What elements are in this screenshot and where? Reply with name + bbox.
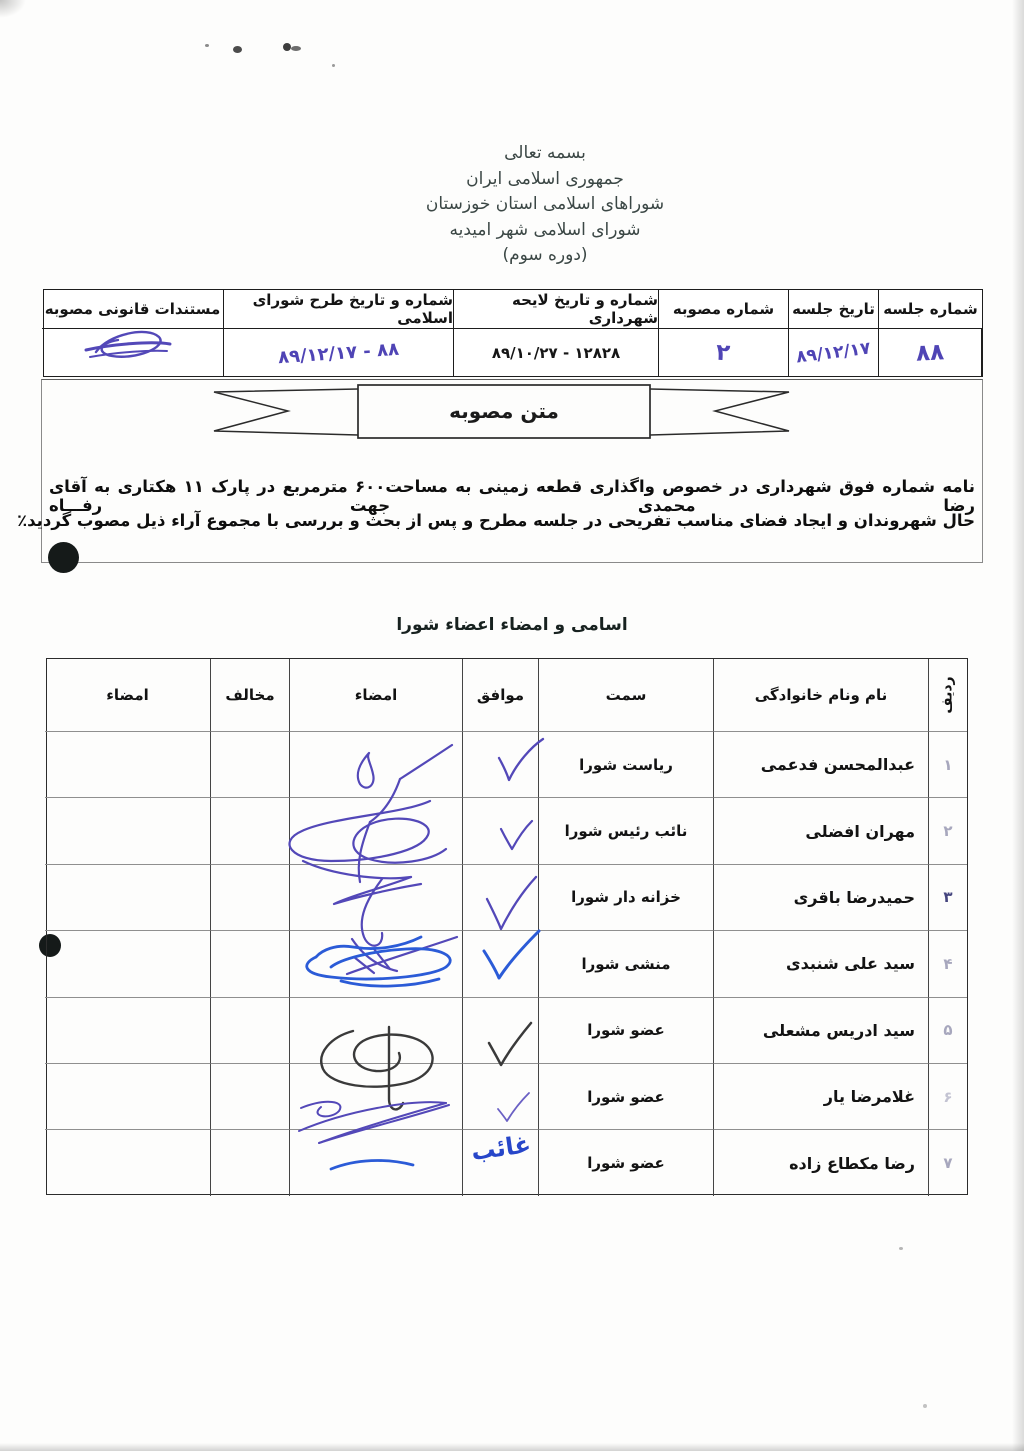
absent-handwritten-note: غائب (469, 1130, 532, 1166)
member-name: عبدالمحسن فدعمی (714, 731, 929, 797)
col-header-agree: موافق (463, 659, 539, 731)
rank-cell: ۷ (929, 1129, 967, 1195)
scan-edge-shadow-topleft (0, 0, 26, 18)
scan-speck (233, 46, 242, 53)
member-name: رضا مکطاع زاده (714, 1129, 929, 1195)
col-header-legal-documents: مستندات قانونی مصوبه (42, 290, 224, 328)
term-line: (دوره سوم) (106, 243, 984, 269)
banner-title: متن مصوبه (358, 384, 650, 438)
value-session-date: ۸۹/۱۲/۱۷ (789, 328, 879, 377)
opposed-signature-cell (45, 930, 211, 996)
rank-cell: ۵ (929, 997, 967, 1063)
rank-cell: ۳ (929, 864, 967, 930)
col-header-position: سمت (539, 659, 714, 731)
member-position: منشی شورا (539, 930, 714, 996)
col-header-session-number: شماره جلسه (879, 290, 982, 328)
member-name: غلامرضا یار (714, 1063, 929, 1129)
signature-cell (290, 731, 463, 797)
member-position: عضو شورا (539, 997, 714, 1063)
punch-hole-mark (48, 542, 79, 573)
scan-speck (923, 1404, 927, 1408)
value-council-plan: ۸۹/۱۲/۱۷ - ۸۸ (224, 328, 454, 377)
col-header-signature2: امضاء (45, 659, 211, 731)
opposed-cell (211, 864, 290, 930)
member-position: ریاست شورا (539, 731, 714, 797)
scan-speck (291, 46, 301, 51)
members-signature-table: ردیف نام ونام خانوادگی سمت موافق امضاء م… (46, 658, 968, 1195)
agree-cell (463, 930, 539, 996)
opposed-cell (211, 930, 290, 996)
rank-cell: ۲ (929, 797, 967, 863)
resolution-info-table: شماره جلسه تاریخ جلسه شماره مصوبه شماره … (43, 289, 983, 377)
value-legal-documents-scribble (42, 328, 224, 377)
letterhead: بسمه تعالی جمهوری اسلامی ایران شوراهای ا… (106, 141, 984, 269)
scan-speck (899, 1247, 903, 1250)
col-header-signature: امضاء (290, 659, 463, 731)
opposed-cell (211, 731, 290, 797)
opposed-signature-cell (45, 864, 211, 930)
col-header-fullname: نام ونام خانوادگی (714, 659, 929, 731)
province-council-line: شوراهای اسلامی استان خوزستان (106, 192, 984, 218)
agree-cell (463, 731, 539, 797)
bismillah-line: بسمه تعالی (106, 141, 984, 167)
opposed-cell (211, 1063, 290, 1129)
roster-title: اسامی و امضاء اعضاء شورا (51, 615, 973, 635)
agree-cell (463, 997, 539, 1063)
rank-cell: ۴ (929, 930, 967, 996)
scan-speck (205, 44, 209, 47)
agree-cell (463, 797, 539, 863)
member-position: نائب رئیس شورا (539, 797, 714, 863)
opposed-cell (211, 997, 290, 1063)
member-name: سید علی شنبدی (714, 930, 929, 996)
col-header-municipality-bill: شماره و تاریخ لایحه شهرداری (454, 290, 659, 328)
col-header-session-date: تاریخ جلسه (789, 290, 879, 328)
scan-speck (332, 64, 335, 67)
member-position: عضو شورا (539, 1129, 714, 1195)
opposed-signature-cell (45, 997, 211, 1063)
scan-edge-shadow-right (1012, 0, 1024, 1451)
col-header-rank: ردیف (929, 659, 967, 731)
signature-cell (290, 1129, 463, 1195)
scan-speck (283, 43, 291, 51)
agree-cell (463, 1063, 539, 1129)
member-name: سید ادریس مشعلی (714, 997, 929, 1063)
signature-cell (290, 930, 463, 996)
member-name: مهران افضلی (714, 797, 929, 863)
col-header-opposed: مخالف (211, 659, 290, 731)
resolution-line-1: نامه شماره فوق شهرداری در خصوص واگذاری ق… (49, 477, 975, 515)
scan-edge-shadow-bottom (0, 1443, 1024, 1451)
signature-cell (290, 1063, 463, 1129)
signature-cell (290, 997, 463, 1063)
opposed-signature-cell (45, 1129, 211, 1195)
opposed-cell (211, 1129, 290, 1195)
col-header-resolution-number: شماره مصوبه (659, 290, 789, 328)
value-municipality-bill: ۸۹/۱۰/۲۷ - ۱۲۸۲۸ (454, 328, 659, 377)
member-name: حمیدرضا باقری (714, 864, 929, 930)
scanned-document-page: بسمه تعالی جمهوری اسلامی ایران شوراهای ا… (0, 0, 1024, 1451)
rank-cell: ۱ (929, 731, 967, 797)
member-position: خزانه دار شورا (539, 864, 714, 930)
member-position: عضو شورا (539, 1063, 714, 1129)
col-header-council-plan: شماره و تاریخ طرح شورای اسلامی (224, 290, 454, 328)
resolution-line-2: حال شهروندان و ایجاد فضای مناسب تفریحی د… (49, 511, 975, 530)
signature-cell (290, 797, 463, 863)
agree-cell (463, 864, 539, 930)
value-resolution-number: ۲ (659, 328, 789, 377)
opposed-signature-cell (45, 1063, 211, 1129)
city-council-line: شورای اسلامی شهر امیدیه (106, 218, 984, 244)
signature-cell (290, 864, 463, 930)
agree-cell-absent: غائب (463, 1129, 539, 1195)
opposed-cell (211, 797, 290, 863)
rank-cell: ۶ (929, 1063, 967, 1129)
republic-line: جمهوری اسلامی ایران (106, 167, 984, 193)
value-session-number: ۸۸ (879, 328, 982, 377)
opposed-signature-cell (45, 731, 211, 797)
opposed-signature-cell (45, 797, 211, 863)
